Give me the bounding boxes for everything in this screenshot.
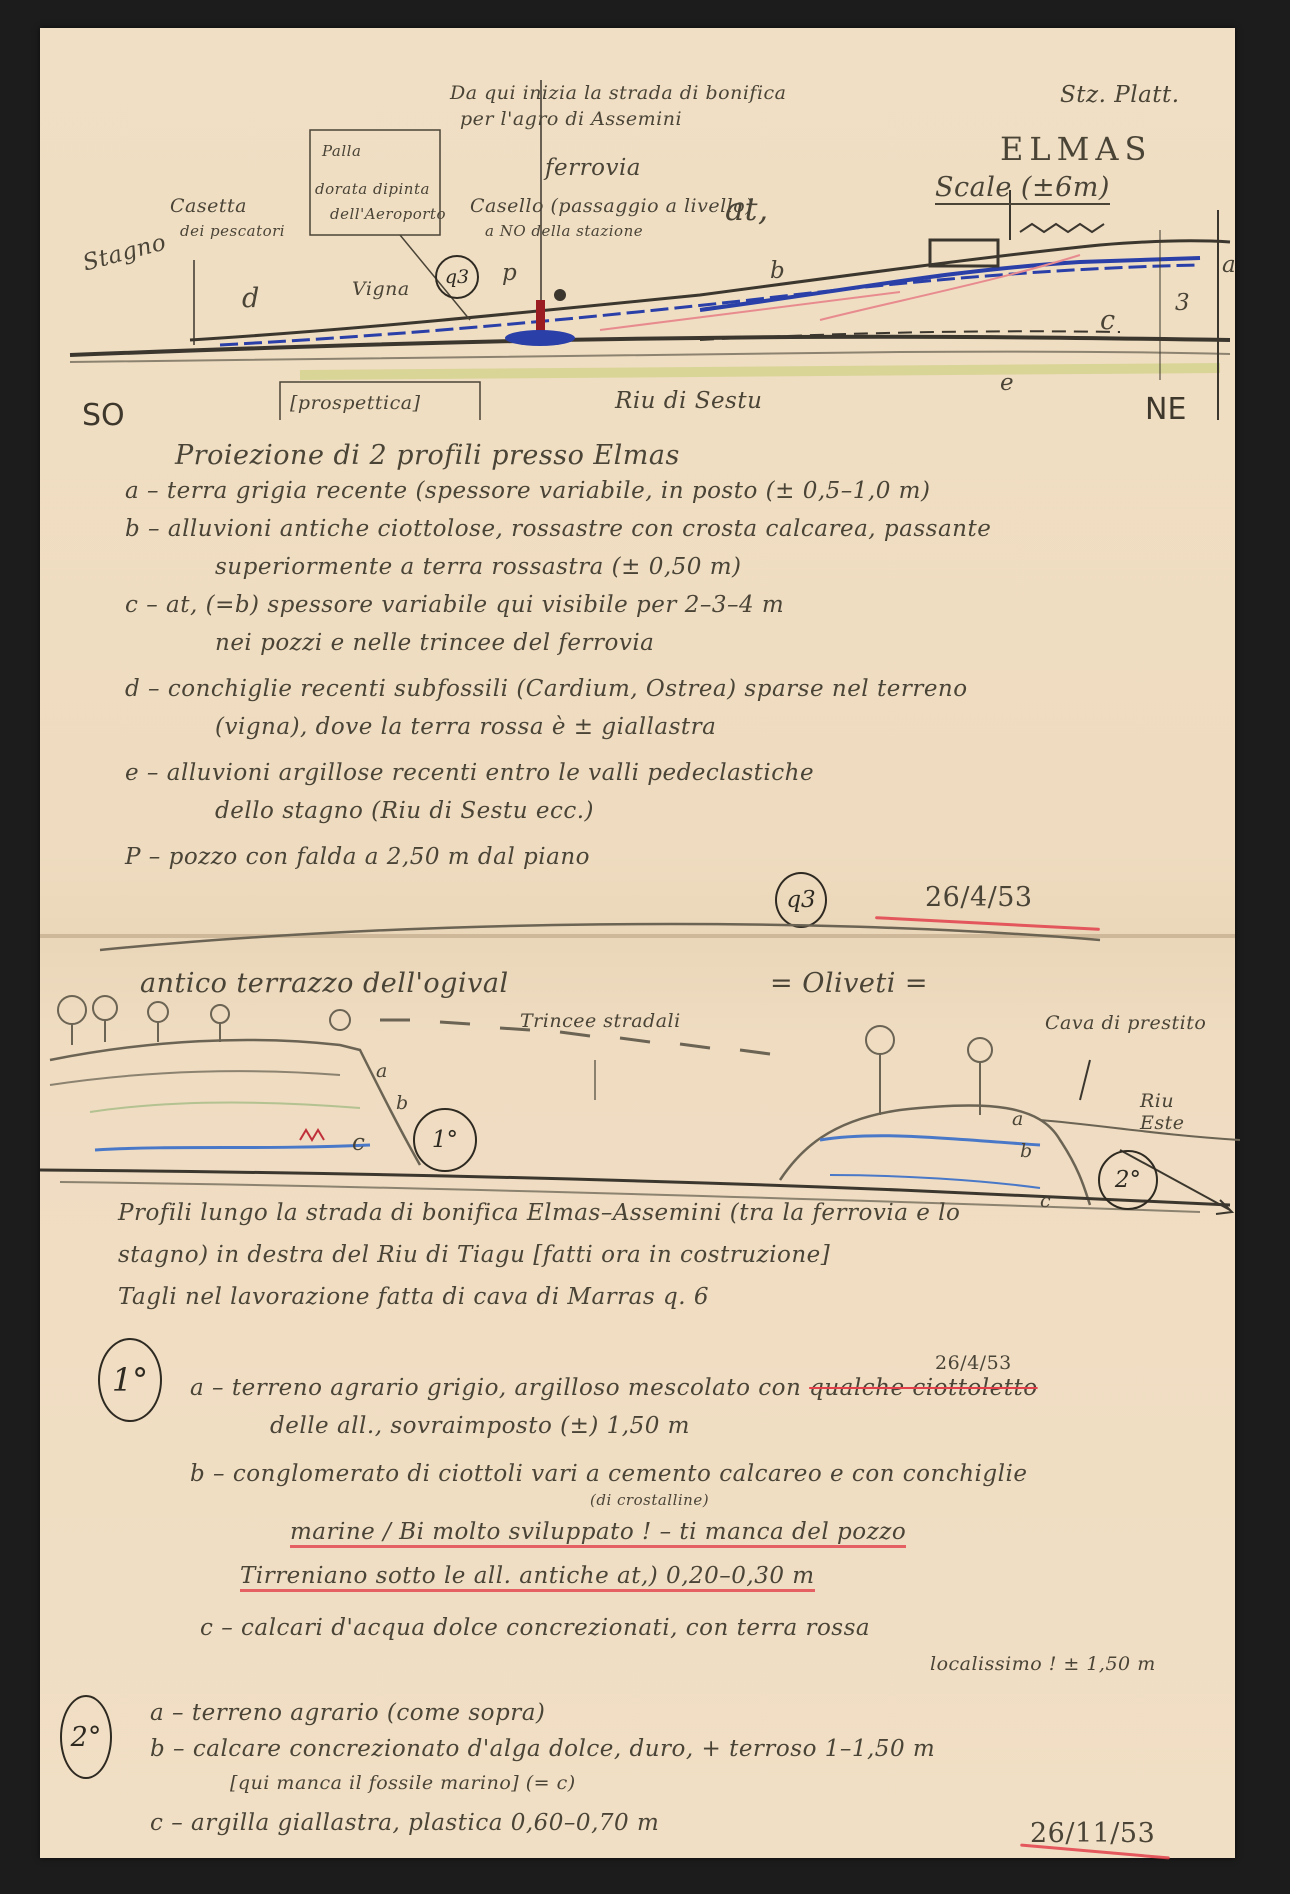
label-b: b (770, 258, 785, 284)
label-oliveti: = Oliveti = (770, 968, 928, 999)
legend-key: e – (125, 760, 159, 786)
group-2-badge: 2° (60, 1695, 112, 1779)
intro-line: stagno) in destra del Riu di Tiagu [fatt… (118, 1242, 1218, 1284)
legend-text: conchiglie recenti subfossili (Cardium, … (168, 676, 968, 702)
label-d: d (242, 283, 260, 314)
legend-item: c – at, (=b) spessore variabile qui visi… (125, 592, 1205, 630)
label-ferrovia: ferrovia (545, 155, 641, 181)
label-pescatori: dei pescatori (180, 222, 285, 240)
legend-item: P – pozzo con falda a 2,50 m dal piano (125, 844, 1205, 882)
scale-note: Scale (±6m) (935, 172, 1110, 205)
label-e: e (1000, 370, 1014, 396)
intro-line: Profili lungo la strada di bonifica Elma… (118, 1200, 1218, 1242)
group-1-date: 26/4/53 (935, 1352, 1012, 1374)
label-riu-este: Riu Este (1140, 1090, 1180, 1134)
figure-1-badge: 1° (413, 1108, 477, 1172)
item-key: a – (150, 1700, 184, 1726)
group-2-date: 26/11/53 (1030, 1818, 1155, 1849)
item-text: [qui manca il fossile marino] (= c) (230, 1772, 576, 1794)
item-text: (di crostalline) (590, 1491, 709, 1509)
section-1-title: Proiezione di 2 profili presso Elmas (175, 440, 680, 471)
legend-text: (vigna), dove la terra rossa è ± giallas… (215, 714, 716, 740)
legend-item: e – alluvioni argillose recenti entro le… (125, 760, 1205, 798)
station-label: Stz. Platt. (1060, 82, 1180, 108)
label-cava: Cava di prestito (1045, 1012, 1206, 1034)
item-key: b – (190, 1461, 225, 1487)
q3-circle: q3 (435, 255, 479, 299)
legend-item: b – alluvioni antiche ciottolose, rossas… (125, 516, 1205, 554)
direction-ne: NE (1145, 392, 1186, 427)
item-text: calcari d'acqua dolce concrezionati, con… (241, 1615, 870, 1641)
legend-item: d – conchiglie recenti subfossili (Cardi… (125, 676, 1205, 714)
legend-text: terra grigia recente (spessore variabile… (167, 478, 931, 504)
list-item: [qui manca il fossile marino] (= c) (150, 1772, 1220, 1810)
legend-key: b – (125, 516, 160, 542)
legend-1: a – terra grigia recente (spessore varia… (125, 478, 1205, 882)
list-item: b – conglomerato di ciottoli vari a ceme… (190, 1461, 1220, 1491)
item-key: a – (190, 1375, 224, 1401)
legend-text: dello stagno (Riu di Sestu ecc.) (215, 798, 594, 824)
fig1-label-b: b (396, 1092, 409, 1114)
fig2-label-b: b (1020, 1140, 1033, 1162)
group-1-badge: 1° (98, 1338, 162, 1422)
fig1-label-a: a (376, 1060, 388, 1082)
list-item: Tirreniano sotto le all. antiche at,) 0,… (190, 1563, 1220, 1615)
legend-item: (vigna), dove la terra rossa è ± giallas… (125, 714, 1205, 760)
legend-text: alluvioni argillose recenti entro le val… (167, 760, 814, 786)
box-line-1: Palla (322, 142, 361, 160)
item-key: c – (200, 1615, 233, 1641)
list-item: c – calcari d'acqua dolce concrezionati,… (190, 1615, 1220, 1653)
legend-text: pozzo con falda a 2,50 m dal piano (169, 844, 590, 870)
item-text: argilla giallastra, plastica 0,60–0,70 m (191, 1810, 659, 1836)
list-item: (di crostalline) (190, 1491, 1220, 1519)
label-casello: Casello (passaggio a livello) (470, 195, 753, 217)
legend-key: c – (125, 592, 158, 618)
legend-text: superiormente a terra rossastra (± 0,50 … (215, 554, 742, 580)
label-river: Riu di Sestu (615, 388, 762, 414)
item-text: Tirreniano sotto le all. antiche at,) 0,… (240, 1563, 815, 1592)
group-2-badge-label: 2° (71, 1722, 102, 1753)
item-key: b – (150, 1736, 185, 1762)
label-casetta: Casetta (170, 195, 247, 217)
item-text: localissimo ! ± 1,50 m (930, 1653, 1156, 1675)
item-text: terreno agrario (come sopra) (192, 1700, 546, 1726)
label-3: 3 (1175, 290, 1190, 316)
item-text: calcare concrezionato d'alga dolce, duro… (193, 1736, 935, 1762)
legend-item: dello stagno (Riu di Sestu ecc.) (125, 798, 1205, 844)
direction-so: SO (82, 398, 125, 433)
group-1-badge-label: 1° (112, 1361, 148, 1399)
box-line-2: dorata dipinta (315, 180, 430, 198)
label-at1: at, (725, 190, 769, 228)
top-note-1: Da qui inizia la strada di bonifica (450, 82, 787, 104)
list-item: marine / Bi molto sviluppato ! – ti manc… (190, 1519, 1220, 1563)
legend-text: alluvioni antiche ciottolose, rossastre … (168, 516, 992, 542)
item-key: c – (150, 1810, 183, 1836)
list-item: b – calcare concrezionato d'alga dolce, … (150, 1736, 1220, 1772)
struck-text: qualche ciottoletto (809, 1375, 1037, 1401)
label-casello-2: a NO della stazione (485, 222, 643, 240)
label-trincee: Trincee stradali (520, 1010, 681, 1032)
legend-item: nei pozzi e nelle trincee del ferrovia (125, 630, 1205, 676)
section-2-intro: Profili lungo la strada di bonifica Elma… (118, 1200, 1218, 1326)
legend-item: a – terra grigia recente (spessore varia… (125, 478, 1205, 516)
label-a: a (1222, 252, 1236, 278)
figure-2-label: 2° (1115, 1167, 1141, 1193)
list-item: a – terreno agrario grigio, argilloso me… (190, 1375, 1220, 1413)
label-vigna: Vigna (352, 278, 410, 300)
box-line-3: dell'Aeroporto (330, 205, 446, 223)
legend-key: d – (125, 676, 160, 702)
item-text: terreno agrario grigio, argilloso mescol… (232, 1375, 801, 1401)
label-p: p (502, 260, 517, 286)
fig1-label-c: c (352, 1130, 365, 1156)
top-note-2: per l'agro di Assemini (460, 108, 682, 130)
item-text: conglomerato di ciottoli vari a cemento … (233, 1461, 1028, 1487)
label-terrazzo: antico terrazzo dell'ogival (140, 968, 509, 999)
list-item: delle all., sovraimposto (±) 1,50 m (190, 1413, 1220, 1461)
item-text: delle all., sovraimposto (±) 1,50 m (270, 1413, 690, 1439)
figure-1-label: 1° (432, 1127, 458, 1153)
legend-key: P – (125, 844, 161, 870)
item-text: marine / Bi molto sviluppato ! – ti manc… (290, 1519, 906, 1548)
fig2-label-a: a (1012, 1108, 1024, 1130)
place-label: ELMAS (1000, 130, 1152, 168)
q3-label: q3 (445, 266, 469, 288)
label-c: c (1100, 305, 1116, 336)
legend-key: a – (125, 478, 159, 504)
list-item: a – terreno agrario (come sopra) (150, 1700, 1220, 1736)
label-perspective: [prospettica] (290, 392, 420, 414)
legend-text: at, (=b) spessore variabile qui visibile… (166, 592, 784, 618)
list-item: localissimo ! ± 1,50 m (190, 1653, 1220, 1691)
group-1-list: a – terreno agrario grigio, argilloso me… (190, 1375, 1220, 1691)
legend-item: superiormente a terra rossastra (± 0,50 … (125, 554, 1205, 592)
legend-text: nei pozzi e nelle trincee del ferrovia (215, 630, 654, 656)
intro-line: Tagli nel lavorazione fatta di cava di M… (118, 1284, 1218, 1326)
